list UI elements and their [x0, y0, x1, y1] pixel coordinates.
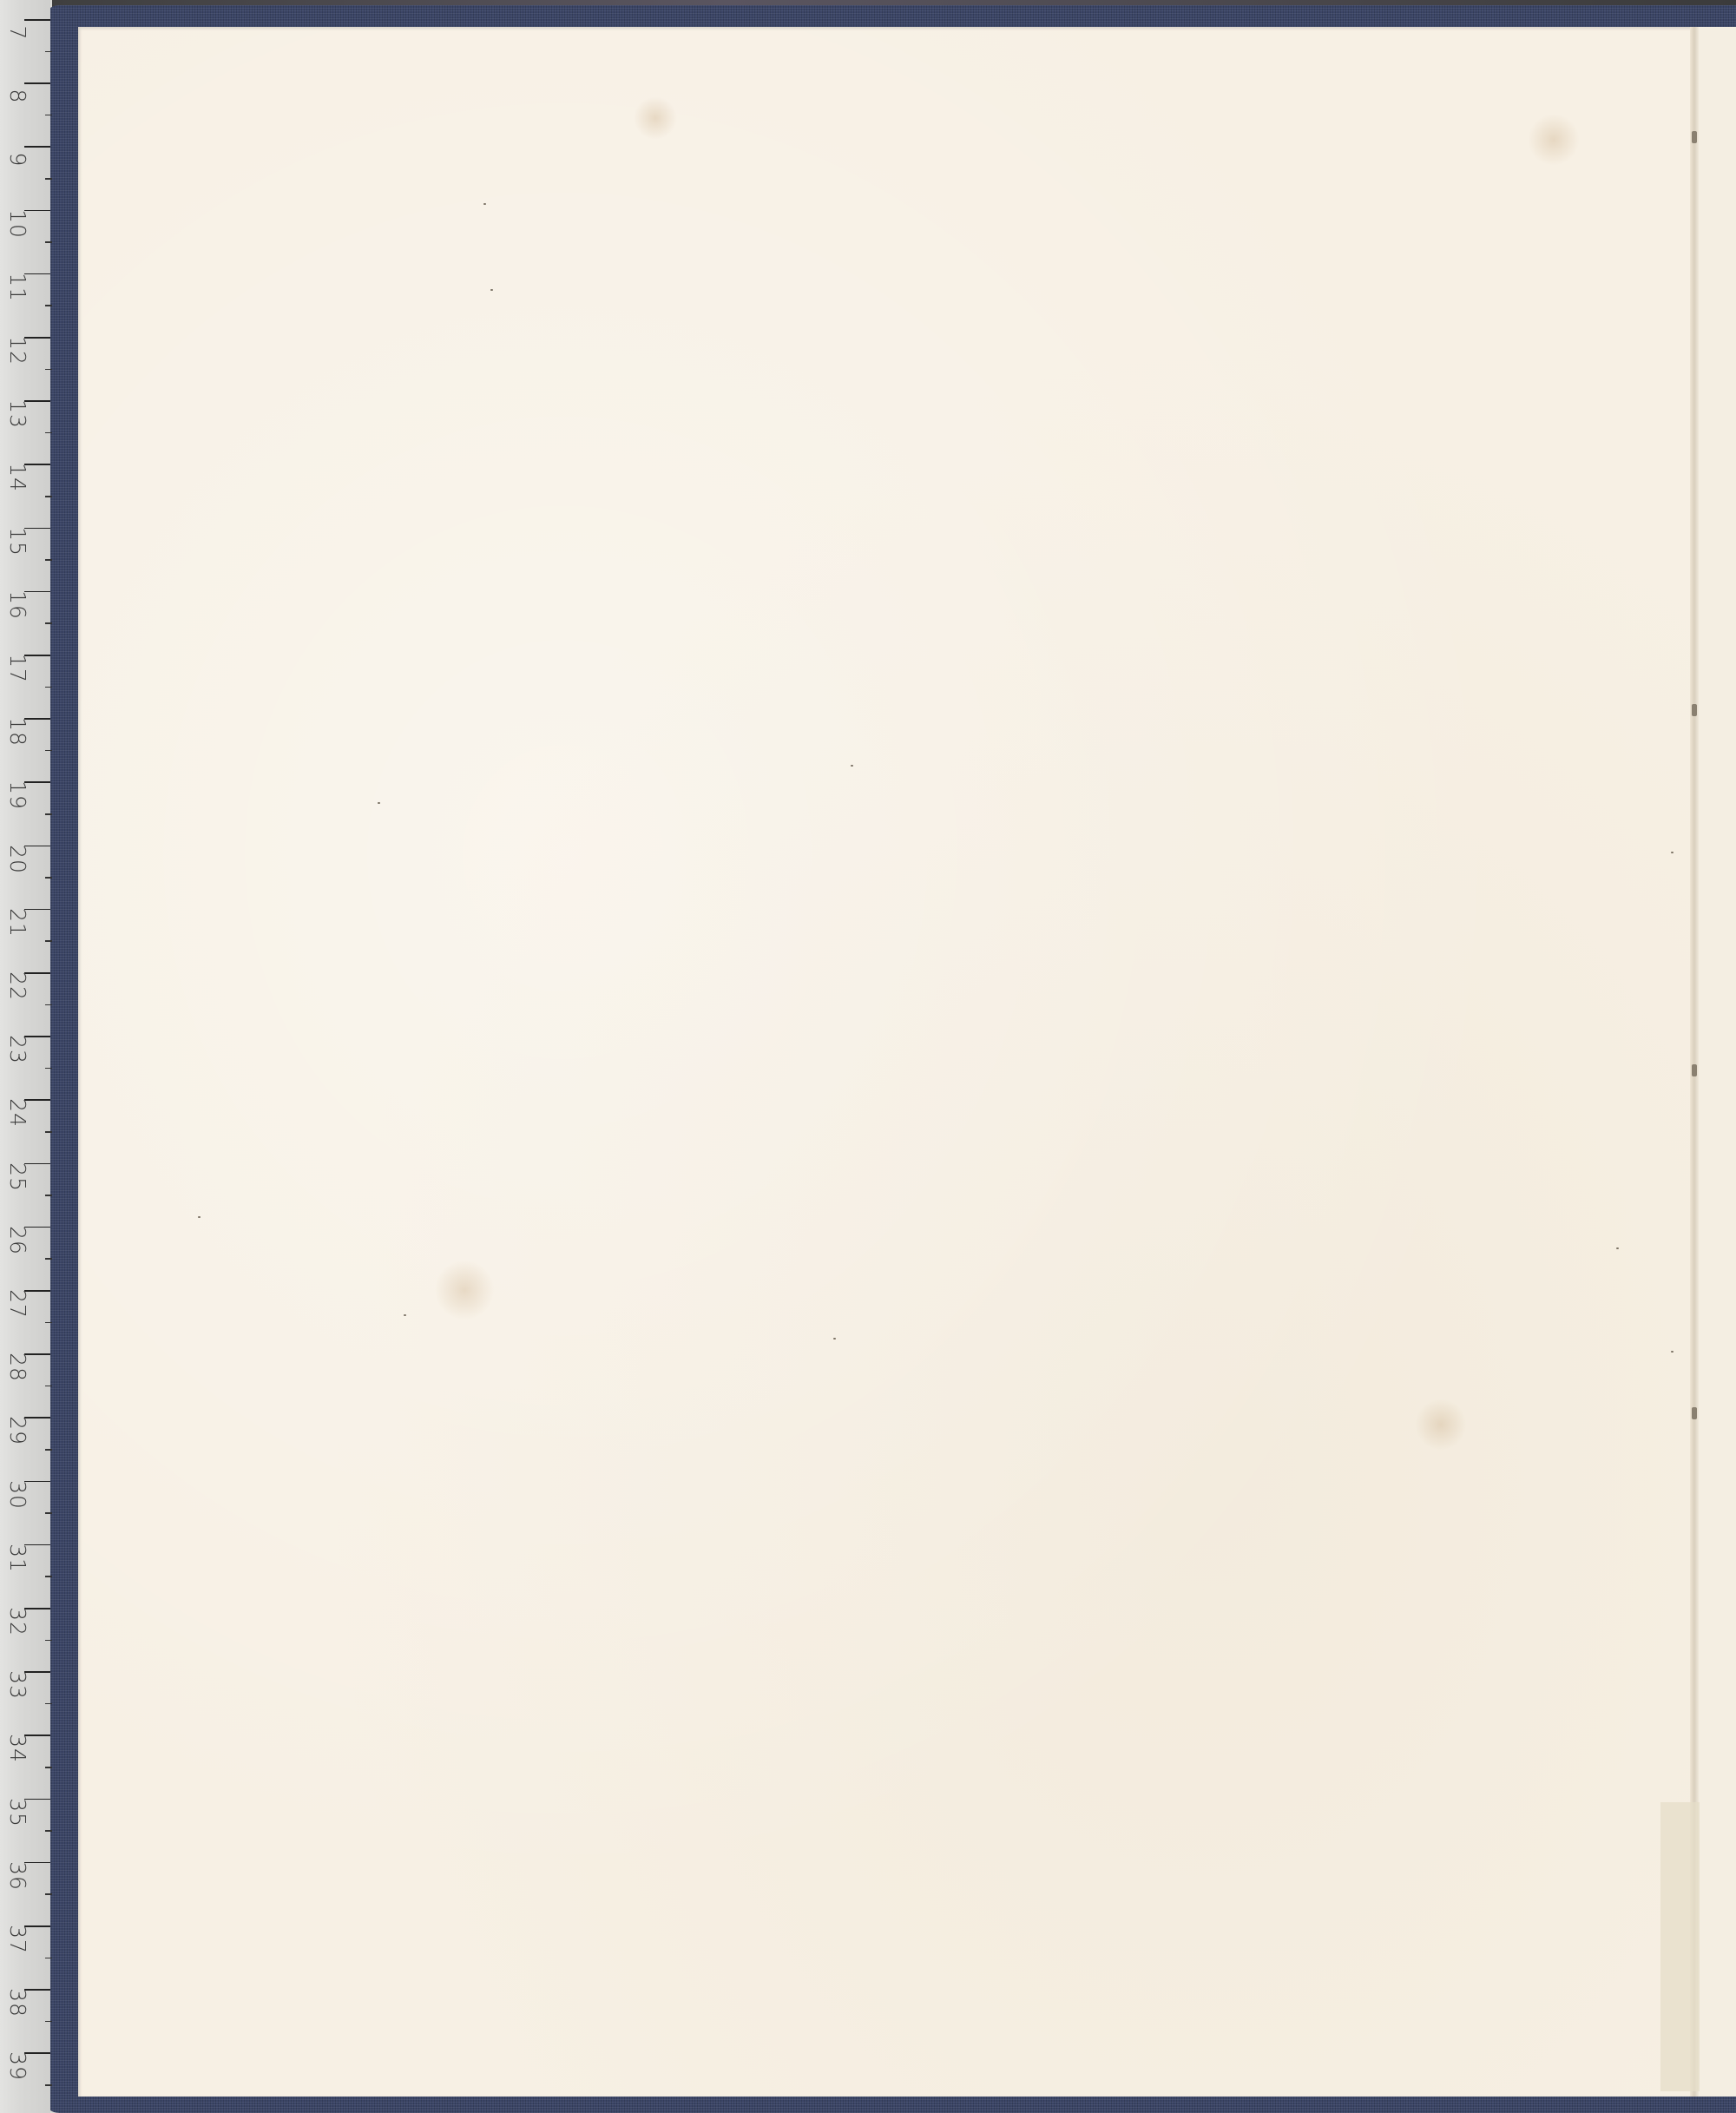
ruler-minor-tick [45, 1767, 52, 1768]
ruler-label: 10 [0, 208, 35, 240]
ruler-minor-tick [45, 2084, 52, 2086]
ruler-label: 28 [0, 1352, 35, 1383]
ruler-label: 18 [0, 716, 35, 747]
ruler-minor-tick [45, 750, 52, 752]
ruler-label: 23 [0, 1034, 35, 1065]
ruler-minor-tick [45, 1322, 52, 1324]
ruler-minor-tick [45, 1512, 52, 1514]
ruler-label: 20 [0, 844, 35, 875]
ruler-label: 27 [0, 1288, 35, 1320]
ruler-minor-tick [45, 813, 52, 815]
ruler-label: 37 [0, 1924, 35, 1955]
ruler-label: 34 [0, 1733, 35, 1764]
ruler-label: 16 [0, 589, 35, 621]
ruler-minor-tick [45, 1386, 52, 1387]
ruler-label: 25 [0, 1162, 35, 1193]
paper-speck [1616, 1247, 1619, 1249]
foxing-stain [434, 1260, 495, 1320]
ruler-minor-tick [45, 178, 52, 180]
paper-speck [404, 1314, 406, 1316]
ruler-label: 38 [0, 1987, 35, 2018]
ruler-minor-tick [45, 1830, 52, 1832]
ruler-minor-tick [45, 241, 52, 243]
foxing-stain [1528, 114, 1580, 166]
ruler-minor-tick [45, 1258, 52, 1260]
ruler-minor-tick [45, 877, 52, 879]
ruler-label: 30 [0, 1479, 35, 1511]
paper-speck [198, 1216, 201, 1218]
ruler-minor-tick [45, 622, 52, 624]
ruler-label: 24 [0, 1097, 35, 1129]
ruler-minor-tick [45, 559, 52, 561]
ruler-minor-tick [45, 1004, 52, 1006]
ruler-minor-tick [45, 51, 52, 53]
paper-speck [1671, 852, 1674, 853]
ruler-label: 35 [0, 1797, 35, 1828]
ruler-minor-tick [45, 1449, 52, 1451]
ruler-label: 33 [0, 1669, 35, 1701]
ruler-label: 32 [0, 1606, 35, 1637]
ruler-minor-tick [45, 1958, 52, 1959]
ruler-minor-tick [45, 940, 52, 942]
edge-tear [1692, 1407, 1697, 1419]
ruler-label: 13 [0, 398, 35, 430]
ruler-label: 31 [0, 1543, 35, 1574]
edge-tear [1692, 1064, 1697, 1076]
ruler-minor-tick [45, 2021, 52, 2023]
paper-speck [1671, 1351, 1674, 1353]
paper-speck [490, 289, 493, 291]
ruler-minor-tick [45, 115, 52, 116]
ruler-label: 36 [0, 1860, 35, 1892]
facing-page-edge [1699, 27, 1736, 2097]
ruler-label: 17 [0, 653, 35, 684]
ruler-minor-tick [45, 1703, 52, 1705]
paper-speck [833, 1338, 836, 1340]
ruler-label: 11 [0, 272, 35, 303]
ruler-minor-tick [45, 1893, 52, 1895]
paper-speck [851, 765, 853, 767]
ruler-label: 22 [0, 971, 35, 1002]
foxing-stain [1415, 1399, 1467, 1451]
foxing-stain [634, 96, 677, 140]
ruler-minor-tick [45, 432, 52, 434]
ruler-label: 26 [0, 1225, 35, 1256]
ruler-label: 29 [0, 1415, 35, 1446]
paper-speck [378, 802, 380, 804]
ruler-label: 21 [0, 907, 35, 938]
ruler-label: 14 [0, 462, 35, 493]
ruler-minor-tick [45, 369, 52, 371]
ruler-minor-tick [45, 1576, 52, 1577]
ruler-minor-tick [45, 1131, 52, 1133]
measuring-ruler: 7891011121314151617181920212223242526272… [0, 0, 50, 2113]
ruler-minor-tick [45, 1640, 52, 1642]
ruler-minor-tick [45, 496, 52, 497]
ruler-minor-tick [45, 305, 52, 306]
ruler-label: 15 [0, 526, 35, 557]
ruler-label: 7 [0, 17, 35, 49]
tape-strip [1660, 1802, 1700, 2091]
page-gutter [1690, 27, 1699, 2097]
ruler-label: 9 [0, 144, 35, 175]
ruler-label: 19 [0, 780, 35, 811]
ruler-minor-tick [45, 1068, 52, 1070]
ruler-label: 12 [0, 335, 35, 366]
edge-tear [1692, 131, 1697, 143]
ruler-minor-tick [45, 687, 52, 688]
paper-speck [483, 203, 486, 205]
endpaper-page [78, 27, 1694, 2097]
ruler-label: 8 [0, 81, 35, 112]
edge-tear [1692, 704, 1697, 716]
ruler-label: 39 [0, 2050, 35, 2082]
ruler-minor-tick [45, 1195, 52, 1196]
